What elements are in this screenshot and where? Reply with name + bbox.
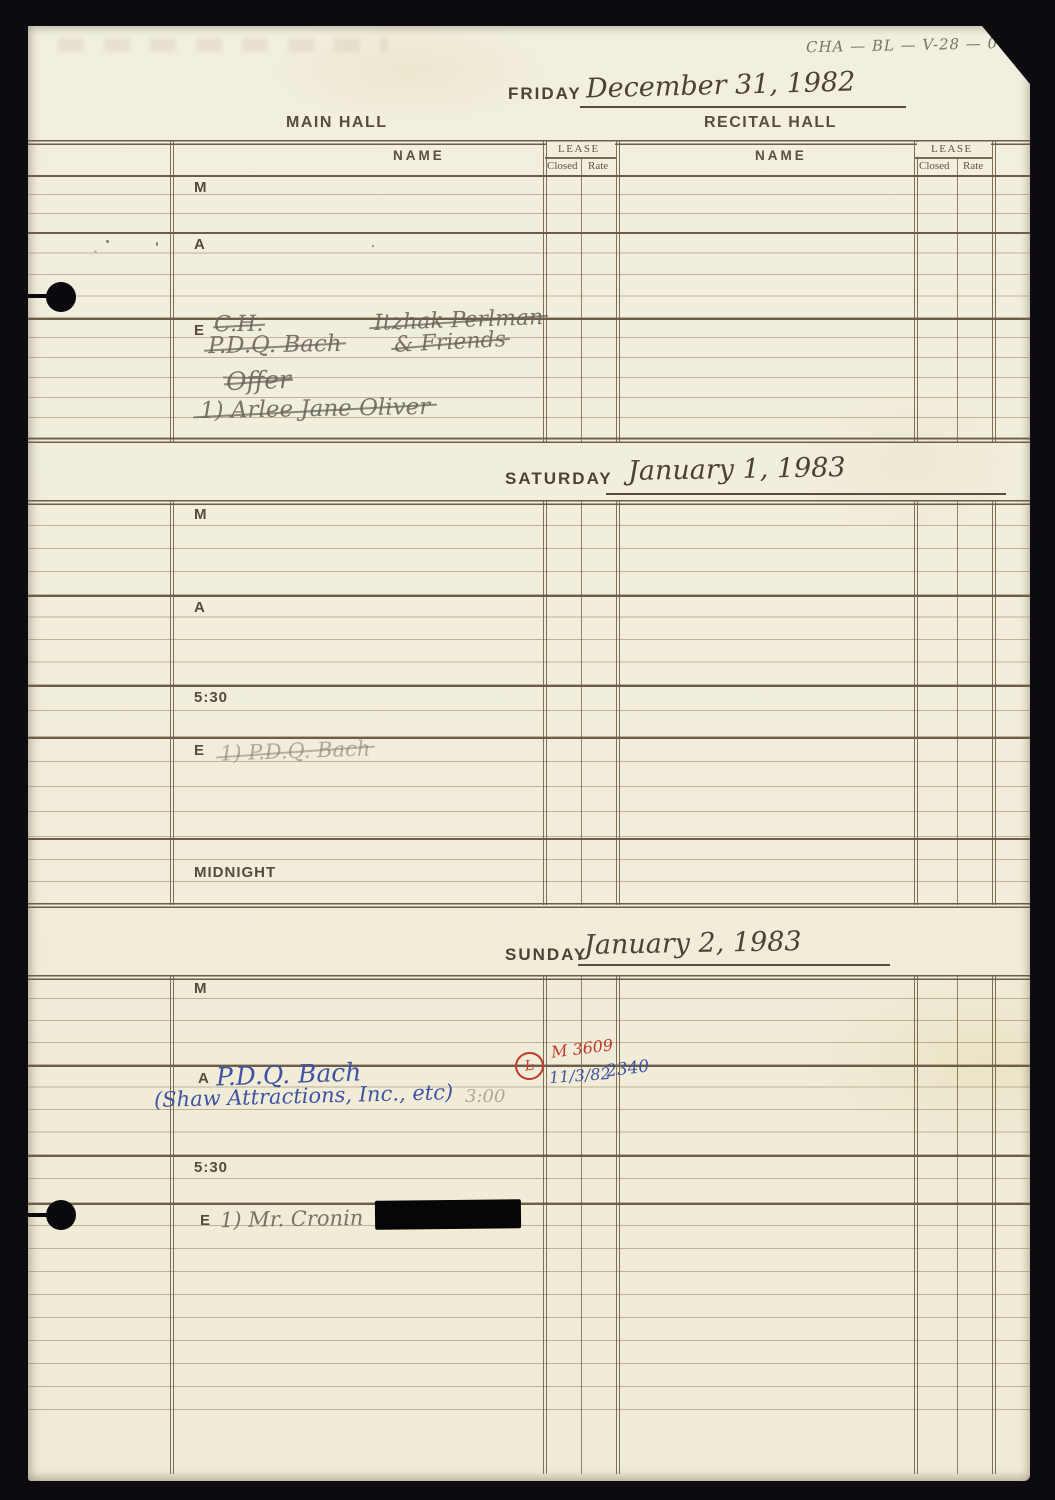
time-label-e: E <box>194 742 205 759</box>
entry-cronin: 1) Mr. Cronin <box>220 1206 364 1232</box>
saturday-afternoon-block <box>28 595 1030 685</box>
rate-header-main: Rate <box>588 160 608 172</box>
table-border <box>28 903 1030 908</box>
time-label-a: A <box>198 1070 210 1087</box>
block-rule <box>28 838 1030 840</box>
time-label-m: M <box>194 179 208 196</box>
friday-evening-block <box>28 318 1030 438</box>
saturday-morning-block <box>28 503 1030 595</box>
block-rule <box>28 232 1030 234</box>
rate-header-recital: Rate <box>963 160 983 172</box>
date-friday: December 31, 1982 <box>586 66 856 104</box>
time-label-m: M <box>194 506 208 523</box>
table-border <box>28 140 1030 145</box>
time-label-e: E <box>194 322 205 339</box>
sunday-evening-block <box>28 1203 1030 1410</box>
column-line <box>992 140 996 442</box>
friday-morning-block <box>28 176 1030 232</box>
column-line <box>616 500 620 905</box>
sunday-530-block <box>28 1155 1030 1203</box>
column-line <box>992 500 996 905</box>
entry-offer: Offer <box>226 365 292 396</box>
column-line <box>170 975 174 1474</box>
block-rule <box>28 1155 1030 1157</box>
column-line <box>914 975 918 1474</box>
column-line <box>914 500 918 905</box>
saturday-evening-block <box>28 737 1030 838</box>
date-underline-friday <box>580 106 906 108</box>
saturday-530-block <box>28 685 1030 737</box>
catalog-number: CHA — BL — V-28 — 041 <box>806 34 1020 56</box>
ink-speck <box>156 242 158 246</box>
hole-punch-bottom <box>46 1200 76 1230</box>
day-label-saturday: SATURDAY <box>505 469 613 489</box>
column-line <box>543 140 547 442</box>
date-underline-saturday <box>606 493 1006 495</box>
column-line <box>581 500 582 905</box>
ink-speck <box>94 250 97 253</box>
column-line <box>616 140 620 442</box>
entry-pdq-bach: P.D.Q. Bach <box>208 331 342 359</box>
lease-mark-letter: L <box>524 1057 535 1074</box>
lease-header-recital: LEASE <box>931 143 973 155</box>
entry-oliver: 1) Arlee Jane Oliver <box>200 394 431 424</box>
time-label-a: A <box>194 599 206 616</box>
table-border <box>28 500 1030 505</box>
column-line <box>957 500 958 905</box>
column-line <box>581 140 582 442</box>
date-sunday: January 2, 1983 <box>584 926 802 961</box>
date-saturday: January 1, 1983 <box>628 452 846 487</box>
name-header-recital: NAME <box>755 148 807 163</box>
bleedthrough-ghost <box>58 38 388 52</box>
main-hall-label: MAIN HALL <box>286 114 387 132</box>
day-label-sunday: SUNDAY <box>505 945 587 965</box>
table-border <box>28 975 1030 980</box>
time-label-m: M <box>194 980 208 997</box>
column-line <box>957 140 958 442</box>
column-line <box>170 500 174 905</box>
time-label-530: 5:30 <box>194 1159 228 1176</box>
scan-background: CHA — BL — V-28 — 041 FRIDAY December 31… <box>0 0 1055 1500</box>
column-line <box>543 975 547 1474</box>
block-rule <box>28 685 1030 687</box>
block-rule <box>28 1203 1030 1205</box>
column-line <box>616 975 620 1474</box>
entry-time-300: 3:00 <box>465 1086 505 1107</box>
ink-speck <box>106 240 109 243</box>
time-label-midnight: MIDNIGHT <box>194 864 276 881</box>
time-label-530: 5:30 <box>194 689 228 706</box>
column-line <box>992 975 996 1474</box>
redaction-bar <box>375 1199 521 1230</box>
torn-corner <box>982 26 1030 84</box>
time-label-a: A <box>194 236 206 253</box>
ledger-page: CHA — BL — V-28 — 041 FRIDAY December 31… <box>28 26 1030 1481</box>
recital-hall-label: RECITAL HALL <box>704 114 837 132</box>
date-underline-sunday <box>578 964 890 966</box>
lease-header-rule <box>915 157 992 159</box>
column-line <box>957 975 958 1474</box>
closed-header-main: Closed <box>547 160 578 172</box>
lease-header-rule <box>545 157 616 159</box>
header-rule <box>28 175 1030 177</box>
hole-punch-top <box>46 282 76 312</box>
name-header-main: NAME <box>393 148 445 163</box>
saturday-midnight-block <box>28 838 1030 903</box>
lease-header-main: LEASE <box>558 143 600 155</box>
ink-speck <box>372 245 374 247</box>
column-line <box>170 140 174 442</box>
column-line <box>914 140 918 442</box>
closed-header-recital: Closed <box>919 160 950 172</box>
time-label-e: E <box>200 1212 211 1229</box>
column-line <box>543 500 547 905</box>
block-rule <box>28 737 1030 739</box>
table-border <box>28 438 1030 443</box>
day-label-friday: FRIDAY <box>508 84 582 104</box>
block-rule <box>28 595 1030 597</box>
